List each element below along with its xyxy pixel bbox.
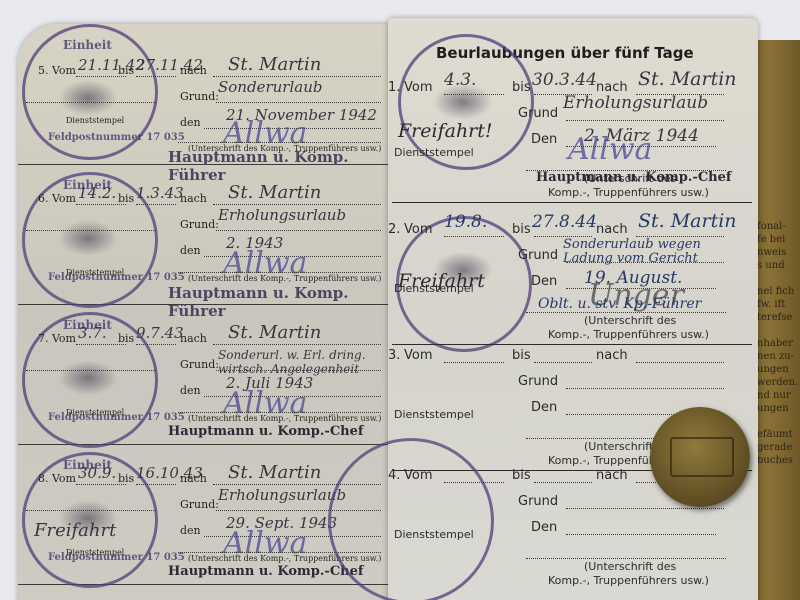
bis-label: bis xyxy=(512,222,531,237)
euro-coin xyxy=(650,407,750,507)
dienststempel-label: Dienststempel xyxy=(66,116,124,125)
leave-entry: Einheit Feldpostnummer 17 035 Dienststem… xyxy=(18,304,390,445)
rank-stamp: Hauptmann u. Komp.-Chef xyxy=(168,424,363,439)
vom-label: Vom xyxy=(52,64,76,77)
dienststempel-label: Dienststempel xyxy=(394,146,474,159)
grund-label: Grund: xyxy=(180,358,219,371)
grund-label: Grund xyxy=(518,494,558,509)
entry-number: 2. xyxy=(388,222,400,237)
unterschrift-label: (Unterschrift des xyxy=(584,560,676,573)
leave-entry: 2. Vom bis nach Grund Den Dienststempel … xyxy=(388,212,758,342)
entry-number: 1. xyxy=(388,80,400,95)
vom-line xyxy=(444,94,504,95)
vom-label: Vom xyxy=(404,222,433,237)
left-line xyxy=(26,510,156,511)
bis-value: 9.7.43 xyxy=(136,324,184,342)
den-label: Den xyxy=(531,400,557,415)
signature-line xyxy=(178,412,381,413)
nach-value: St. Martin xyxy=(638,210,737,232)
eagle-emblem-icon xyxy=(58,220,118,256)
eagle-emblem-icon xyxy=(58,360,118,396)
nach-line xyxy=(213,204,381,205)
leave-entry: Einheit Feldpostnummer 17 035 Dienststem… xyxy=(18,164,390,305)
grund-line xyxy=(216,230,381,231)
entry-number: 7. xyxy=(38,332,49,345)
den-label: den xyxy=(180,384,201,397)
grund-label: Grund xyxy=(518,374,558,389)
nach-label: nach xyxy=(180,472,207,485)
grund-label: Grund xyxy=(518,248,558,263)
bis-label: bis xyxy=(118,192,134,205)
stamp-top-text: Einheit xyxy=(63,38,112,52)
unterschrift-label: (Unterschrift des Komp.-, Truppenführers… xyxy=(188,274,381,283)
unterschrift-label-2: Komp.-, Truppenführers usw.) xyxy=(548,574,709,587)
vom-value: 14.2. xyxy=(78,184,116,202)
den-line xyxy=(566,534,716,535)
vom-value: 30.9. xyxy=(78,464,116,482)
grund-label: Grund: xyxy=(180,218,219,231)
grund-label: Grund: xyxy=(180,90,219,103)
stamp-note: Freifahrt xyxy=(398,270,485,292)
nach-value: St. Martin xyxy=(228,54,321,75)
grund-line xyxy=(566,388,724,389)
entry-number: 3. xyxy=(388,348,400,363)
nach-value: St. Martin xyxy=(228,462,321,483)
vom-value: 3.7. xyxy=(78,324,107,342)
vom-label: Vom xyxy=(52,332,76,345)
unterschrift-label: (Unterschrift des Komp.-, Truppenführers… xyxy=(188,414,381,423)
vom-value: 21.11.42 xyxy=(78,56,145,74)
vom-line xyxy=(444,362,504,363)
nach-label: nach xyxy=(180,332,207,345)
bis-label: bis xyxy=(512,80,531,95)
grund-value: Erholungsurlaub xyxy=(563,96,708,110)
nach-value: St. Martin xyxy=(638,68,737,90)
grund-value: Erholungsurlaub xyxy=(218,208,346,222)
bis-line xyxy=(534,362,592,363)
grund-value: Sonderurlaub wegen Ladung vom Gericht xyxy=(563,238,753,266)
grund-value: Sonderurl. w. Erl. dring. wirtsch. Angel… xyxy=(218,348,383,376)
nach-label: nach xyxy=(596,468,628,483)
bis-value: 1.3.43 xyxy=(136,184,184,202)
dienststempel-label: Dienststempel xyxy=(394,408,474,421)
bis-line xyxy=(136,484,176,485)
unterschrift-label: (Unterschrift des xyxy=(584,314,676,327)
vom-label: Vom xyxy=(52,192,76,205)
nach-value: St. Martin xyxy=(228,182,321,203)
signature: Allwa xyxy=(568,132,652,167)
nach-line xyxy=(213,76,381,77)
bis-label: bis xyxy=(118,332,134,345)
bis-value: 27.8.44 xyxy=(532,212,597,232)
leave-entry: Einheit Feldpostnummer 17 035 Dienststem… xyxy=(18,24,390,165)
left-line xyxy=(26,230,156,231)
rank-stamp: Hauptmann u. Komp.-Chef xyxy=(536,170,731,185)
vom-line xyxy=(444,482,504,483)
stamp-note: Freifahrt! xyxy=(398,120,493,142)
grund-value: Erholungsurlaub xyxy=(218,488,346,502)
left-line xyxy=(26,370,156,371)
signature-line xyxy=(526,558,726,559)
grund-line xyxy=(566,120,724,121)
nach-line xyxy=(213,344,381,345)
grund-value: Sonderurlaub xyxy=(218,80,322,94)
den-label: den xyxy=(180,524,201,537)
rank-handwritten: Oblt. u. stv. Kp.-Führer xyxy=(538,296,701,312)
bis-line xyxy=(136,344,176,345)
den-label: Den xyxy=(531,520,557,535)
bis-label: bis xyxy=(512,348,531,363)
eagle-emblem-icon xyxy=(58,80,118,116)
grund-line xyxy=(216,102,381,103)
entry-number: 5. xyxy=(38,64,49,77)
nach-label: nach xyxy=(596,222,628,237)
grund-label: Grund: xyxy=(180,498,219,511)
entry-number: 4. xyxy=(388,468,400,483)
vom-value: 19.8. xyxy=(444,212,487,232)
bis-label: bis xyxy=(118,472,134,485)
vom-label: Vom xyxy=(52,472,76,485)
cover-text: fonal- fe bei nweis s und nel fich fw. i… xyxy=(757,220,800,467)
section-divider xyxy=(392,202,752,203)
vom-label: Vom xyxy=(404,348,433,363)
dienststempel-label: Dienststempel xyxy=(66,268,124,277)
dienststempel-label: Dienststempel xyxy=(394,528,474,541)
vom-label: Vom xyxy=(404,468,433,483)
den-label: Den xyxy=(531,132,557,147)
den-label: den xyxy=(180,116,201,129)
nach-label: nach xyxy=(180,192,207,205)
unterschrift-label-2: Komp.-, Truppenführers usw.) xyxy=(548,186,709,199)
nach-label: nach xyxy=(180,64,207,77)
coin-gate-icon xyxy=(670,437,734,477)
left-line xyxy=(26,102,156,103)
stamp-bottom-text: Feldpostnummer 17 035 xyxy=(48,132,185,143)
unit-stamp xyxy=(328,438,494,600)
right-page: Beurlaubungen über fünf Tage 1. Vom bis … xyxy=(388,18,758,600)
bis-line xyxy=(136,76,176,77)
den-label: den xyxy=(180,244,201,257)
vom-label: Vom xyxy=(404,80,433,95)
signature-line xyxy=(178,142,381,143)
bis-line xyxy=(136,204,176,205)
rank-stamp: Hauptmann u. Komp.-Chef xyxy=(168,564,363,579)
bis-line xyxy=(534,482,592,483)
den-label: Den xyxy=(531,274,557,289)
nach-line xyxy=(636,362,724,363)
nach-value: St. Martin xyxy=(228,322,321,343)
grund-line xyxy=(566,508,724,509)
vom-line xyxy=(444,236,504,237)
signature-line xyxy=(178,272,381,273)
entry-number: 8. xyxy=(38,472,49,485)
bis-label: bis xyxy=(512,468,531,483)
bis-label: bis xyxy=(118,64,134,77)
grund-label: Grund xyxy=(518,106,558,121)
stamp-note: Freifahrt xyxy=(34,520,116,541)
leave-entry: 1. Vom bis nach Grund Den Dienststempel … xyxy=(388,70,758,200)
dienststempel-label: Dienststempel xyxy=(66,408,124,417)
nach-label: nach xyxy=(596,348,628,363)
entry-number: 6. xyxy=(38,192,49,205)
bis-value: 30.3.44 xyxy=(532,70,597,90)
dienststempel-label: Dienststempel xyxy=(66,548,124,557)
vom-value: 4.3. xyxy=(444,70,476,90)
